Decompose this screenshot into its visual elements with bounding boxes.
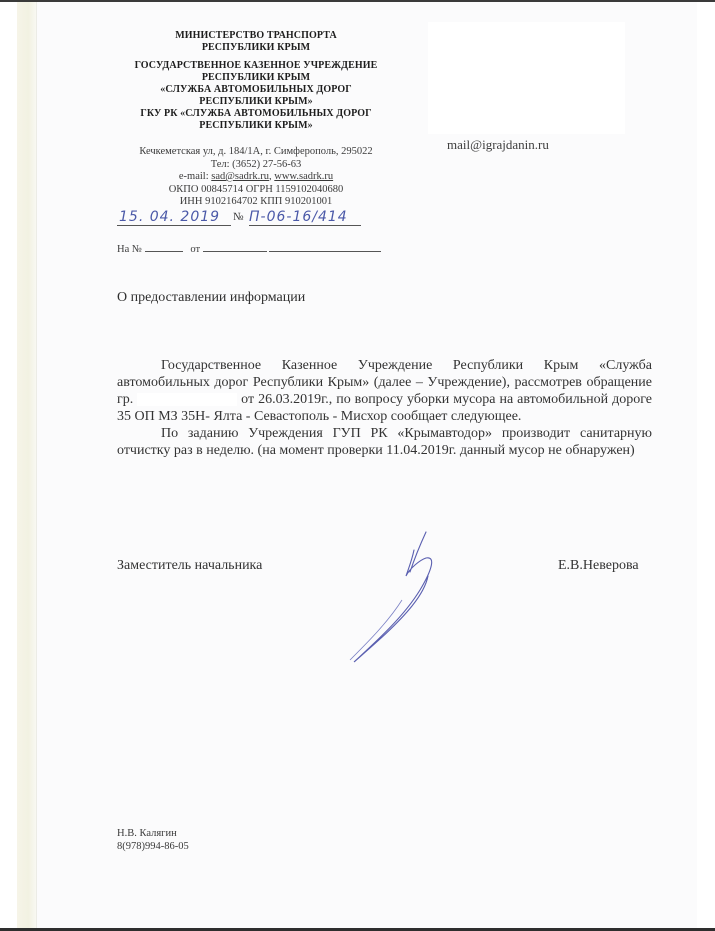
executor-phone: 8(978)994-86-05 (117, 840, 189, 853)
reference-from-label: от (190, 244, 200, 255)
institution-name-line-5: ГКУ РК «СЛУЖБА АВТОМОБИЛЬНЫХ ДОРОГ (110, 108, 402, 120)
document-page (17, 2, 697, 928)
outgoing-number: П-06-16/414 (249, 209, 361, 226)
ministry-name-line-2: РЕСПУБЛИКИ КРЫМ (110, 42, 402, 54)
recipient-redacted-area (428, 22, 625, 134)
reference-extra-blank (269, 243, 381, 252)
letterhead: МИНИСТЕРСТВО ТРАНСПОРТА РЕСПУБЛИКИ КРЫМ … (110, 30, 402, 132)
body-paragraph-1: Государственное Казенное Учреждение Респ… (117, 357, 652, 425)
citizen-name-redacted (137, 393, 237, 406)
institution-name-line-3: «СЛУЖБА АВТОМОБИЛЬНЫХ ДОРОГ (110, 84, 402, 96)
email-link[interactable]: sad@sadrk.ru (211, 171, 269, 182)
ministry-name-line-1: МИНИСТЕРСТВО ТРАНСПОРТА (110, 30, 402, 42)
executor-info: Н.В. Калягин 8(978)994-86-05 (117, 827, 189, 853)
institution-name-line-2: РЕСПУБЛИКИ КРЫМ (110, 72, 402, 84)
executor-name: Н.В. Калягин (117, 827, 189, 840)
letter-body: Государственное Казенное Учреждение Респ… (117, 357, 652, 459)
website-link[interactable]: www.sadrk.ru (274, 171, 333, 182)
number-sign: № (233, 211, 244, 223)
email-prefix: e-mail: (179, 171, 211, 182)
phone: Тел: (3652) 27-56-63 (110, 159, 402, 172)
reference-number-blank (145, 243, 183, 252)
address: Кечкеметская ул, д. 184/1А, г. Симферопо… (110, 146, 402, 159)
reference-date-blank (203, 243, 267, 252)
signatory-title: Заместитель начальника (117, 558, 262, 574)
reference-label: На № (117, 244, 142, 255)
institution-name-line-1: ГОСУДАРСТВЕННОЕ КАЗЕННОЕ УЧРЕЖДЕНИЕ (110, 60, 402, 72)
email-line: e-mail: sad@sadrk.ru, www.sadrk.ru (110, 171, 402, 184)
body-paragraph-2: По заданию Учреждения ГУП РК «Крымавтодо… (117, 425, 652, 459)
handwritten-signature-icon (340, 530, 440, 665)
letter-subject: О предоставлении информации (117, 290, 305, 306)
outgoing-registration: 15. 04. 2019 № П-06-16/414 (117, 209, 377, 229)
scan-left-strip (17, 2, 36, 928)
institution-name-line-6: РЕСПУБЛИКИ КРЫМ» (110, 120, 402, 132)
scan-edge-line (36, 2, 37, 928)
reference-line: На № от (117, 243, 381, 255)
institution-name-line-4: РЕСПУБЛИКИ КРЫМ» (110, 96, 402, 108)
inn-kpp: ИНН 9102164702 КПП 910201001 (110, 196, 402, 209)
signatory-name: Е.В.Неверова (558, 558, 639, 574)
outgoing-date: 15. 04. 2019 (117, 209, 231, 226)
okpo-ogrn: ОКПО 00845714 ОГРН 1159102040680 (110, 184, 402, 197)
letterhead-contacts: Кечкеметская ул, д. 184/1А, г. Симферопо… (110, 146, 402, 209)
recipient-email: mail@igrajdanin.ru (447, 137, 549, 153)
